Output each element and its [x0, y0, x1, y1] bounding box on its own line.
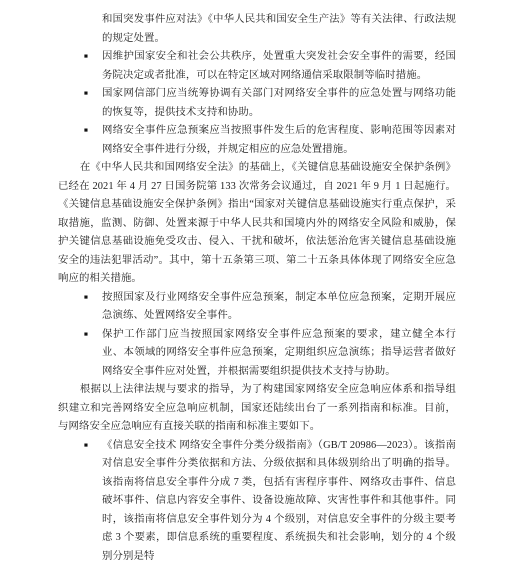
- bullet-text: 网络安全事件应急预案应当按照事件发生后的危害程度、影响范围等因素对网络安全事件进…: [102, 122, 456, 159]
- bullet-text: 按照国家及行业网络安全事件应急预案，制定本单位应急预案，定期开展应急演练、处置网…: [102, 289, 456, 326]
- bullet-item: ■ 《信息安全技术 网络安全事件分类分级指南》（GB/T 20986—2023）…: [84, 437, 456, 567]
- text-column: ■ 和国突发事件应对法》《中华人民共和国安全生产法》等有关法律、行政法规的规定处…: [58, 11, 456, 566]
- bullet-item: ■ 国家网信部门应当统筹协调有关部门对网络安全事件的应急处置与网络功能的恢复等，…: [84, 85, 456, 122]
- bullet-square-icon: ■: [84, 48, 102, 67]
- paragraph: 根据以上法律法规与要求的指导，为了构建国家网络安全应急响应体系和指导组织建立和完…: [58, 381, 456, 437]
- bullet-square-icon: ■: [84, 122, 102, 141]
- bullet-text: 国家网信部门应当统筹协调有关部门对网络安全事件的应急处置与网络功能的恢复等，提供…: [102, 85, 456, 122]
- bullet-item: ■ 网络安全事件应急预案应当按照事件发生后的危害程度、影响范围等因素对网络安全事…: [84, 122, 456, 159]
- bullet-text: 和国突发事件应对法》《中华人民共和国安全生产法》等有关法律、行政法规的规定处置。: [102, 11, 456, 48]
- bullet-item-continuation: ■ 和国突发事件应对法》《中华人民共和国安全生产法》等有关法律、行政法规的规定处…: [84, 11, 456, 48]
- bullet-item: ■ 因维护国家安全和社会公共秩序，处置重大突发社会安全事件的需要，经国务院决定或…: [84, 48, 456, 85]
- bullet-square-icon: ■: [84, 289, 102, 308]
- bullet-item: ■ 按照国家及行业网络安全事件应急预案，制定本单位应急预案，定期开展应急演练、处…: [84, 289, 456, 326]
- bullet-text: 保护工作部门应当按照国家网络安全事件应急预案的要求，建立健全本行业、本领域的网络…: [102, 326, 456, 382]
- document-page: ■ 和国突发事件应对法》《中华人民共和国安全生产法》等有关法律、行政法规的规定处…: [0, 0, 516, 579]
- bullet-square-icon: ■: [84, 85, 102, 104]
- bullet-text: 因维护国家安全和社会公共秩序，处置重大突发社会安全事件的需要，经国务院决定或者批…: [102, 48, 456, 85]
- bullet-square-icon: ■: [84, 326, 102, 345]
- paragraph: 在《中华人民共和国网络安全法》的基础上，《关键信息基础设施安全保护条例》已经在 …: [58, 159, 456, 289]
- bullet-square-icon: ■: [84, 437, 102, 456]
- bullet-text: 《信息安全技术 网络安全事件分类分级指南》（GB/T 20986—2023）。该…: [102, 437, 456, 567]
- bullet-item: ■ 保护工作部门应当按照国家网络安全事件应急预案的要求，建立健全本行业、本领域的…: [84, 326, 456, 382]
